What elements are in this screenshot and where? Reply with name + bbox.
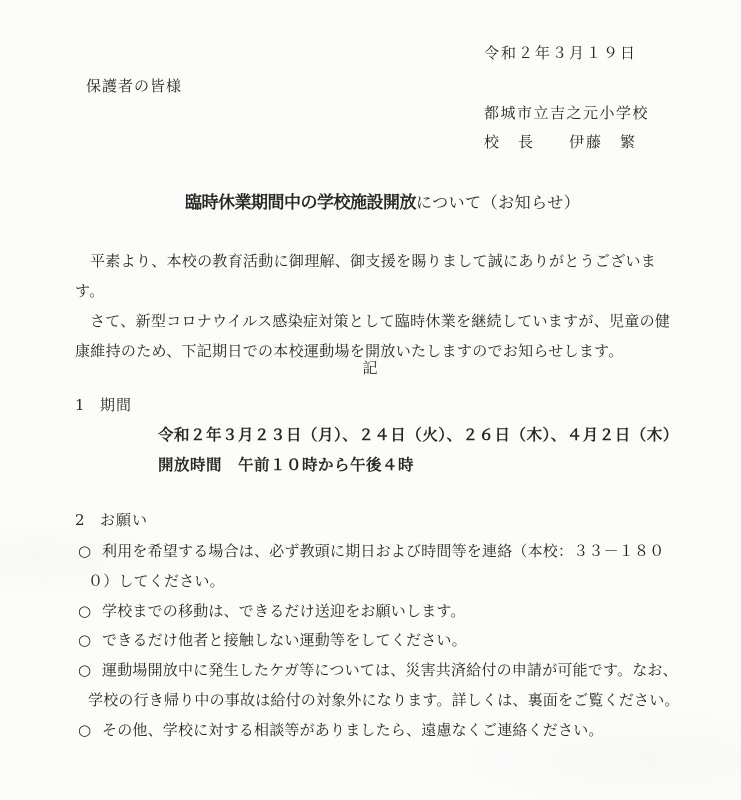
document-title: 臨時休業期間中の学校施設開放について（お知らせ） xyxy=(185,188,580,213)
section2-label: お願い xyxy=(100,511,148,529)
document-page: 令和２年３月１９日 保護者の皆様 都城市立吉之元小学校 校 長 伊藤 繁 臨時休… xyxy=(0,0,741,800)
circle-bullet-icon: ○ xyxy=(78,597,91,627)
list-item-text: 運動場開放中に発生したケガ等については、災害共済給付の申請が可能です。なお、学校… xyxy=(88,661,680,709)
recipient-line: 保護者の皆様 xyxy=(86,75,182,96)
list-item: ○できるだけ他者と接触しない運動等をしてください。 xyxy=(88,626,686,656)
open-hours-line: 開放時間 午前１０時から午後４時 xyxy=(158,453,414,475)
open-dates-line: 令和２年３月２３日（月）、２４日（火）、２６日（木）、４月２日（木） xyxy=(158,423,679,445)
circle-bullet-icon: ○ xyxy=(78,656,91,686)
list-item-text: その他、学校に対する相談等がありましたら、遠慮なくご連絡ください。 xyxy=(102,721,604,739)
list-item-text: 学校までの移動は、できるだけ送迎をお願いします。 xyxy=(102,602,466,620)
greeting-paragraph: 平素より、本校の教育活動に御理解、御支援を賜りまして誠にありがとうございます。 xyxy=(75,246,675,306)
document-title-bold: 臨時休業期間中の学校施設開放 xyxy=(185,193,416,213)
list-item: ○学校までの移動は、できるだけ送迎をお願いします。 xyxy=(88,597,686,627)
list-item-text: できるだけ他者と接触しない運動等をしてください。 xyxy=(102,631,467,649)
document-date: 令和２年３月１９日 xyxy=(484,42,637,63)
sender-principal-name: 校 長 伊藤 繁 xyxy=(484,131,637,152)
body-paragraphs: 平素より、本校の教育活動に御理解、御支援を賜りまして誠にありがとうございます。 … xyxy=(75,246,675,366)
list-item: ○運動場開放中に発生したケガ等については、災害共済給付の申請が可能です。なお、学… xyxy=(88,656,686,716)
document-title-suffix: について（お知らせ） xyxy=(416,193,580,212)
section2-heading: 2お願い xyxy=(75,509,148,530)
list-item: ○その他、学校に対する相談等がありましたら、遠慮なくご連絡ください。 xyxy=(88,716,686,746)
circle-bullet-icon: ○ xyxy=(78,537,91,567)
section1-label: 期間 xyxy=(100,396,132,414)
list-item-text: 利用を希望する場合は、必ず教頭に期日および時間等を連絡（本校：３３－１８００）し… xyxy=(88,542,664,590)
circle-bullet-icon: ○ xyxy=(78,716,91,746)
ki-record-marker: 記 xyxy=(0,357,741,378)
sender-school-name: 都城市立吉之元小学校 xyxy=(484,102,649,123)
list-item: ○利用を希望する場合は、必ず教頭に期日および時間等を連絡（本校：３３－１８００）… xyxy=(88,537,686,597)
section1-number: 1 xyxy=(75,396,100,414)
section1-heading: 1期間 xyxy=(75,394,132,415)
request-list: ○利用を希望する場合は、必ず教頭に期日および時間等を連絡（本校：３３－１８００）… xyxy=(0,537,741,746)
circle-bullet-icon: ○ xyxy=(78,626,91,656)
section2-number: 2 xyxy=(75,511,100,529)
